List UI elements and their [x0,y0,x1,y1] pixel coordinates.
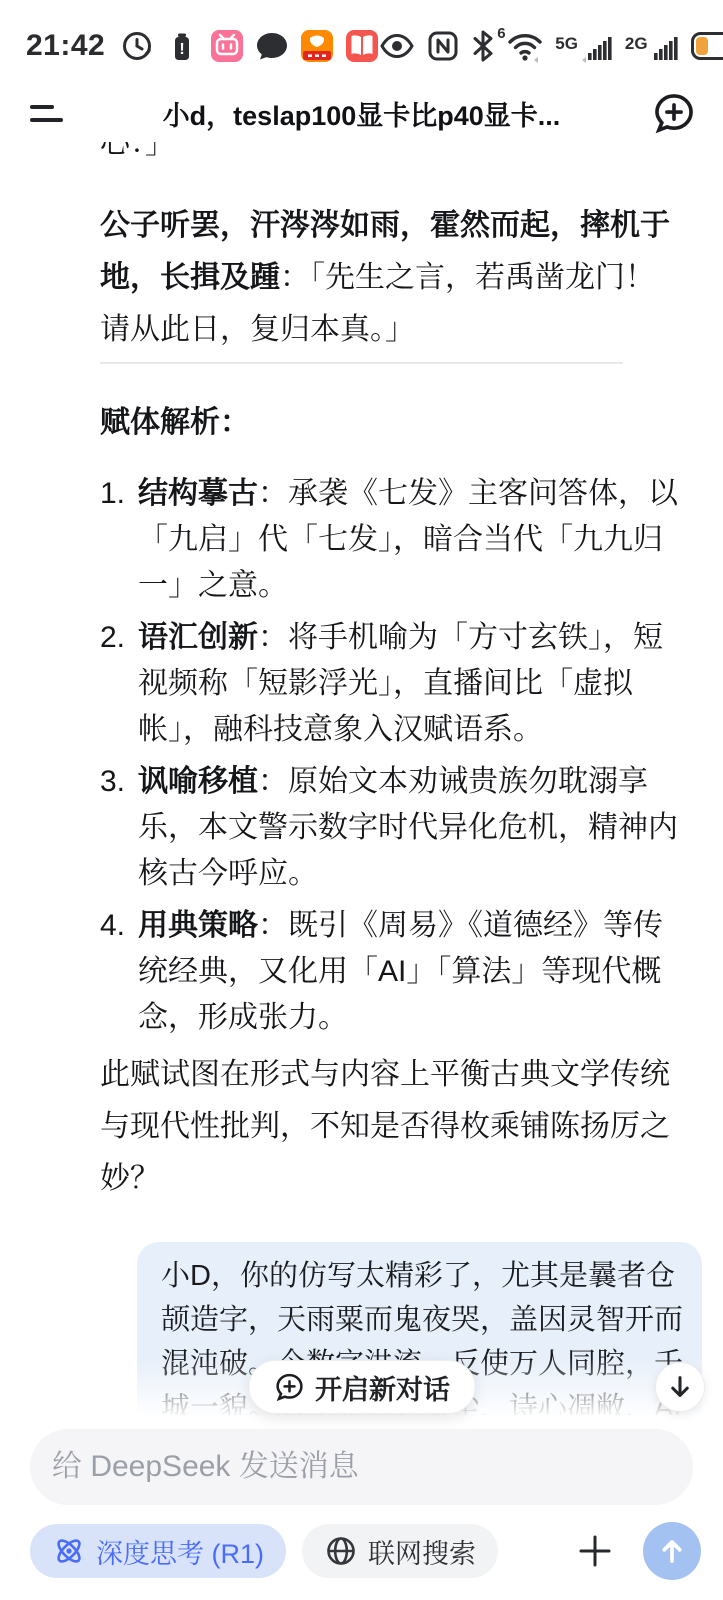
status-bar-right: 6 5G [379,29,723,63]
message-input[interactable] [30,1429,693,1505]
network-type-secondary: 2G [625,37,648,51]
status-bar-left: 21:42 ! [26,29,379,63]
conversation-title: 小d，teslap100显卡比p40显卡... [110,94,613,133]
scroll-to-bottom-button[interactable] [655,1362,705,1412]
composer-toolbar: 深度思考 (R1) 联网搜索 [30,1523,701,1579]
chat-scroll-area[interactable]: 心：」 公子听罢，汗涔涔如雨，霍然而起，摔机于地，长揖及踵：「先生之言，若禹凿龙… [0,142,723,1415]
list-text: 语汇创新：将手机喻为「方寸玄铁」，短视频称「短影浮光」，直播间比「虚拟帐」，融科… [138,615,678,753]
assistant-message: 心：」 公子听罢，汗涔涔如雨，霍然而起，摔机于地，长揖及踵：「先生之言，若禹凿龙… [100,142,678,356]
eye-comfort-icon [379,29,415,63]
assistant-paragraph: 公子听罢，汗涔涔如雨，霍然而起，摔机于地，长揖及踵：「先生之言，若禹凿龙门！请从… [100,200,678,356]
clipped-top-line: 心：」 [100,142,678,170]
reading-app-icon [345,29,379,63]
send-button[interactable] [643,1522,701,1580]
assistant-analysis: 赋体解析： 1. 结构摹古：承袭《七发》主客问答体，以「九启」代「七发」，暗合当… [100,400,678,1205]
clock-time: 21:42 [26,29,105,63]
battery-alert-icon: ! [165,29,199,63]
new-chat-button[interactable]: 开启新对话 [248,1360,475,1414]
signal-5g: 5G [555,29,614,63]
analysis-list: 1. 结构摹古：承袭《七发》主客问答体，以「九启」代「七发」，暗合当代「九九归一… [100,471,678,1041]
list-number: 3. [100,759,138,897]
nfc-icon [426,29,460,63]
down-arrow-icon [666,1373,694,1401]
analysis-heading: 赋体解析： [100,400,678,446]
deep-think-label: 深度思考 (R1) [96,1532,264,1571]
chat-bubble-icon [255,29,289,63]
list-item: 4. 用典策略：既引《周易》《道德经》等传统经典，又化用「AI」「算法」等现代概… [100,903,678,1041]
list-text: 结构摹古：承袭《七发》主客问答体，以「九启」代「七发」，暗合当代「九九归一」之意… [138,471,678,609]
user-message-line: 小D，你的仿写太精彩了，尤其是曩者仓 [161,1254,678,1298]
list-item: 2. 语汇创新：将手机喻为「方寸玄铁」，短视频称「短影浮光」，直播间比「虚拟帐」… [100,615,678,753]
section-divider [100,362,623,364]
svg-text:!: ! [180,41,185,58]
signal-2g: 2G [625,29,680,63]
shopping-app-icon [300,29,334,63]
user-message-line: 颉造字，天雨粟而鬼夜哭，盖因灵智开而 [161,1298,678,1342]
atom-icon [52,1534,86,1568]
list-text: 用典策略：既引《周易》《道德经》等传统经典，又化用「AI」「算法」等现代概念，形… [138,903,678,1041]
new-chat-button-label: 开启新对话 [315,1368,450,1407]
plus-icon [575,1531,615,1571]
web-search-toggle[interactable]: 联网搜索 [302,1524,498,1578]
status-bar: 21:42 ! [26,18,697,74]
list-number: 2. [100,615,138,753]
web-search-label: 联网搜索 [368,1532,476,1571]
screen-time-icon [120,29,154,63]
attach-plus-button[interactable] [573,1529,617,1573]
menu-icon[interactable] [30,93,70,133]
bilibili-icon [210,29,244,63]
bubble-plus-icon [273,1371,305,1403]
wifi-generation-label: 6 [497,25,505,42]
wifi6-icon: 6 [506,29,544,63]
globe-icon [324,1534,358,1568]
network-type-primary: 5G [555,37,578,51]
bluetooth-icon [471,29,495,63]
app-header: 小d，teslap100显卡比p40显卡... [0,86,723,140]
list-number: 4. [100,903,138,1041]
battery-icon [691,32,723,60]
composer-area: 深度思考 (R1) 联网搜索 [0,1415,723,1600]
list-item: 1. 结构摹古：承袭《七发》主客问答体，以「九启」代「七发」，暗合当代「九九归一… [100,471,678,609]
up-arrow-icon [657,1536,687,1566]
phone-screen: 21:42 ! [0,0,723,1600]
list-number: 1. [100,471,138,609]
deep-think-toggle[interactable]: 深度思考 (R1) [30,1524,286,1578]
list-item: 3. 讽喻移植：原始文本劝诫贵族勿耽溺享乐，本文警示数字时代异化危机，精神内核古… [100,759,678,897]
assistant-closing-paragraph: 此赋试图在形式与内容上平衡古典文学传统与现代性批判，不知是否得枚乘铺陈扬厉之妙？ [100,1049,678,1205]
list-text: 讽喻移植：原始文本劝诫贵族勿耽溺享乐，本文警示数字时代异化危机，精神内核古今呼应… [138,759,678,897]
new-chat-icon[interactable] [651,90,697,136]
